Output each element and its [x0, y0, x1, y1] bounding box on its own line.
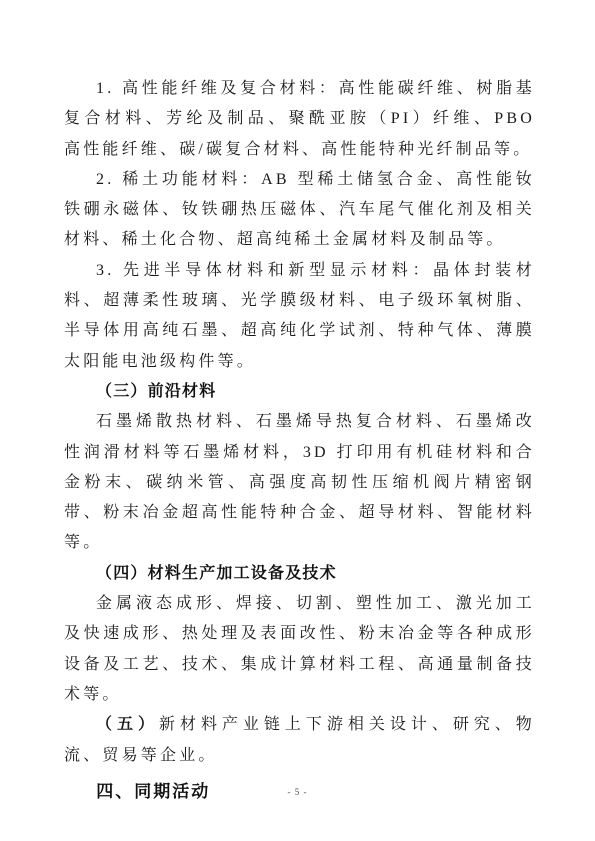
paragraph-industry-chain: （五）新材料产业链上下游相关设计、研究、物流、贸易等企业。	[64, 710, 535, 771]
paragraph-industry-chain-lead: （五）	[96, 716, 159, 733]
paragraph-high-performance-fiber: 1. 高性能纤维及复合材料：高性能碳纤维、树脂基复合材料、芳纶及制品、聚酰亚胺（…	[64, 74, 535, 165]
document-page: 1. 高性能纤维及复合材料：高性能碳纤维、树脂基复合材料、芳纶及制品、聚酰亚胺（…	[0, 0, 595, 841]
paragraph-graphene-materials: 石墨烯散热材料、石墨烯导热复合材料、石墨烯改性润滑材料等石墨烯材料，3D 打印用…	[64, 407, 535, 558]
page-number: - 5 -	[0, 787, 595, 797]
paragraph-semiconductor-display-materials: 3. 先进半导体材料和新型显示材料：晶体封装材料、超薄柔性玻璃、光学膜级材料、电…	[64, 256, 535, 377]
heading-frontier-materials: （三）前沿材料	[64, 377, 535, 407]
heading-production-equipment: （四）材料生产加工设备及技术	[64, 559, 535, 589]
document-body: 1. 高性能纤维及复合材料：高性能碳纤维、树脂基复合材料、芳纶及制品、聚酰亚胺（…	[64, 74, 535, 807]
paragraph-rare-earth-materials: 2. 稀土功能材料：AB 型稀土储氢合金、高性能钕铁硼永磁体、钕铁硼热压磁体、汽…	[64, 165, 535, 256]
paragraph-forming-technology: 金属液态成形、焊接、切割、塑性加工、激光加工及快速成形、热处理及表面改性、粉末冶…	[64, 589, 535, 710]
